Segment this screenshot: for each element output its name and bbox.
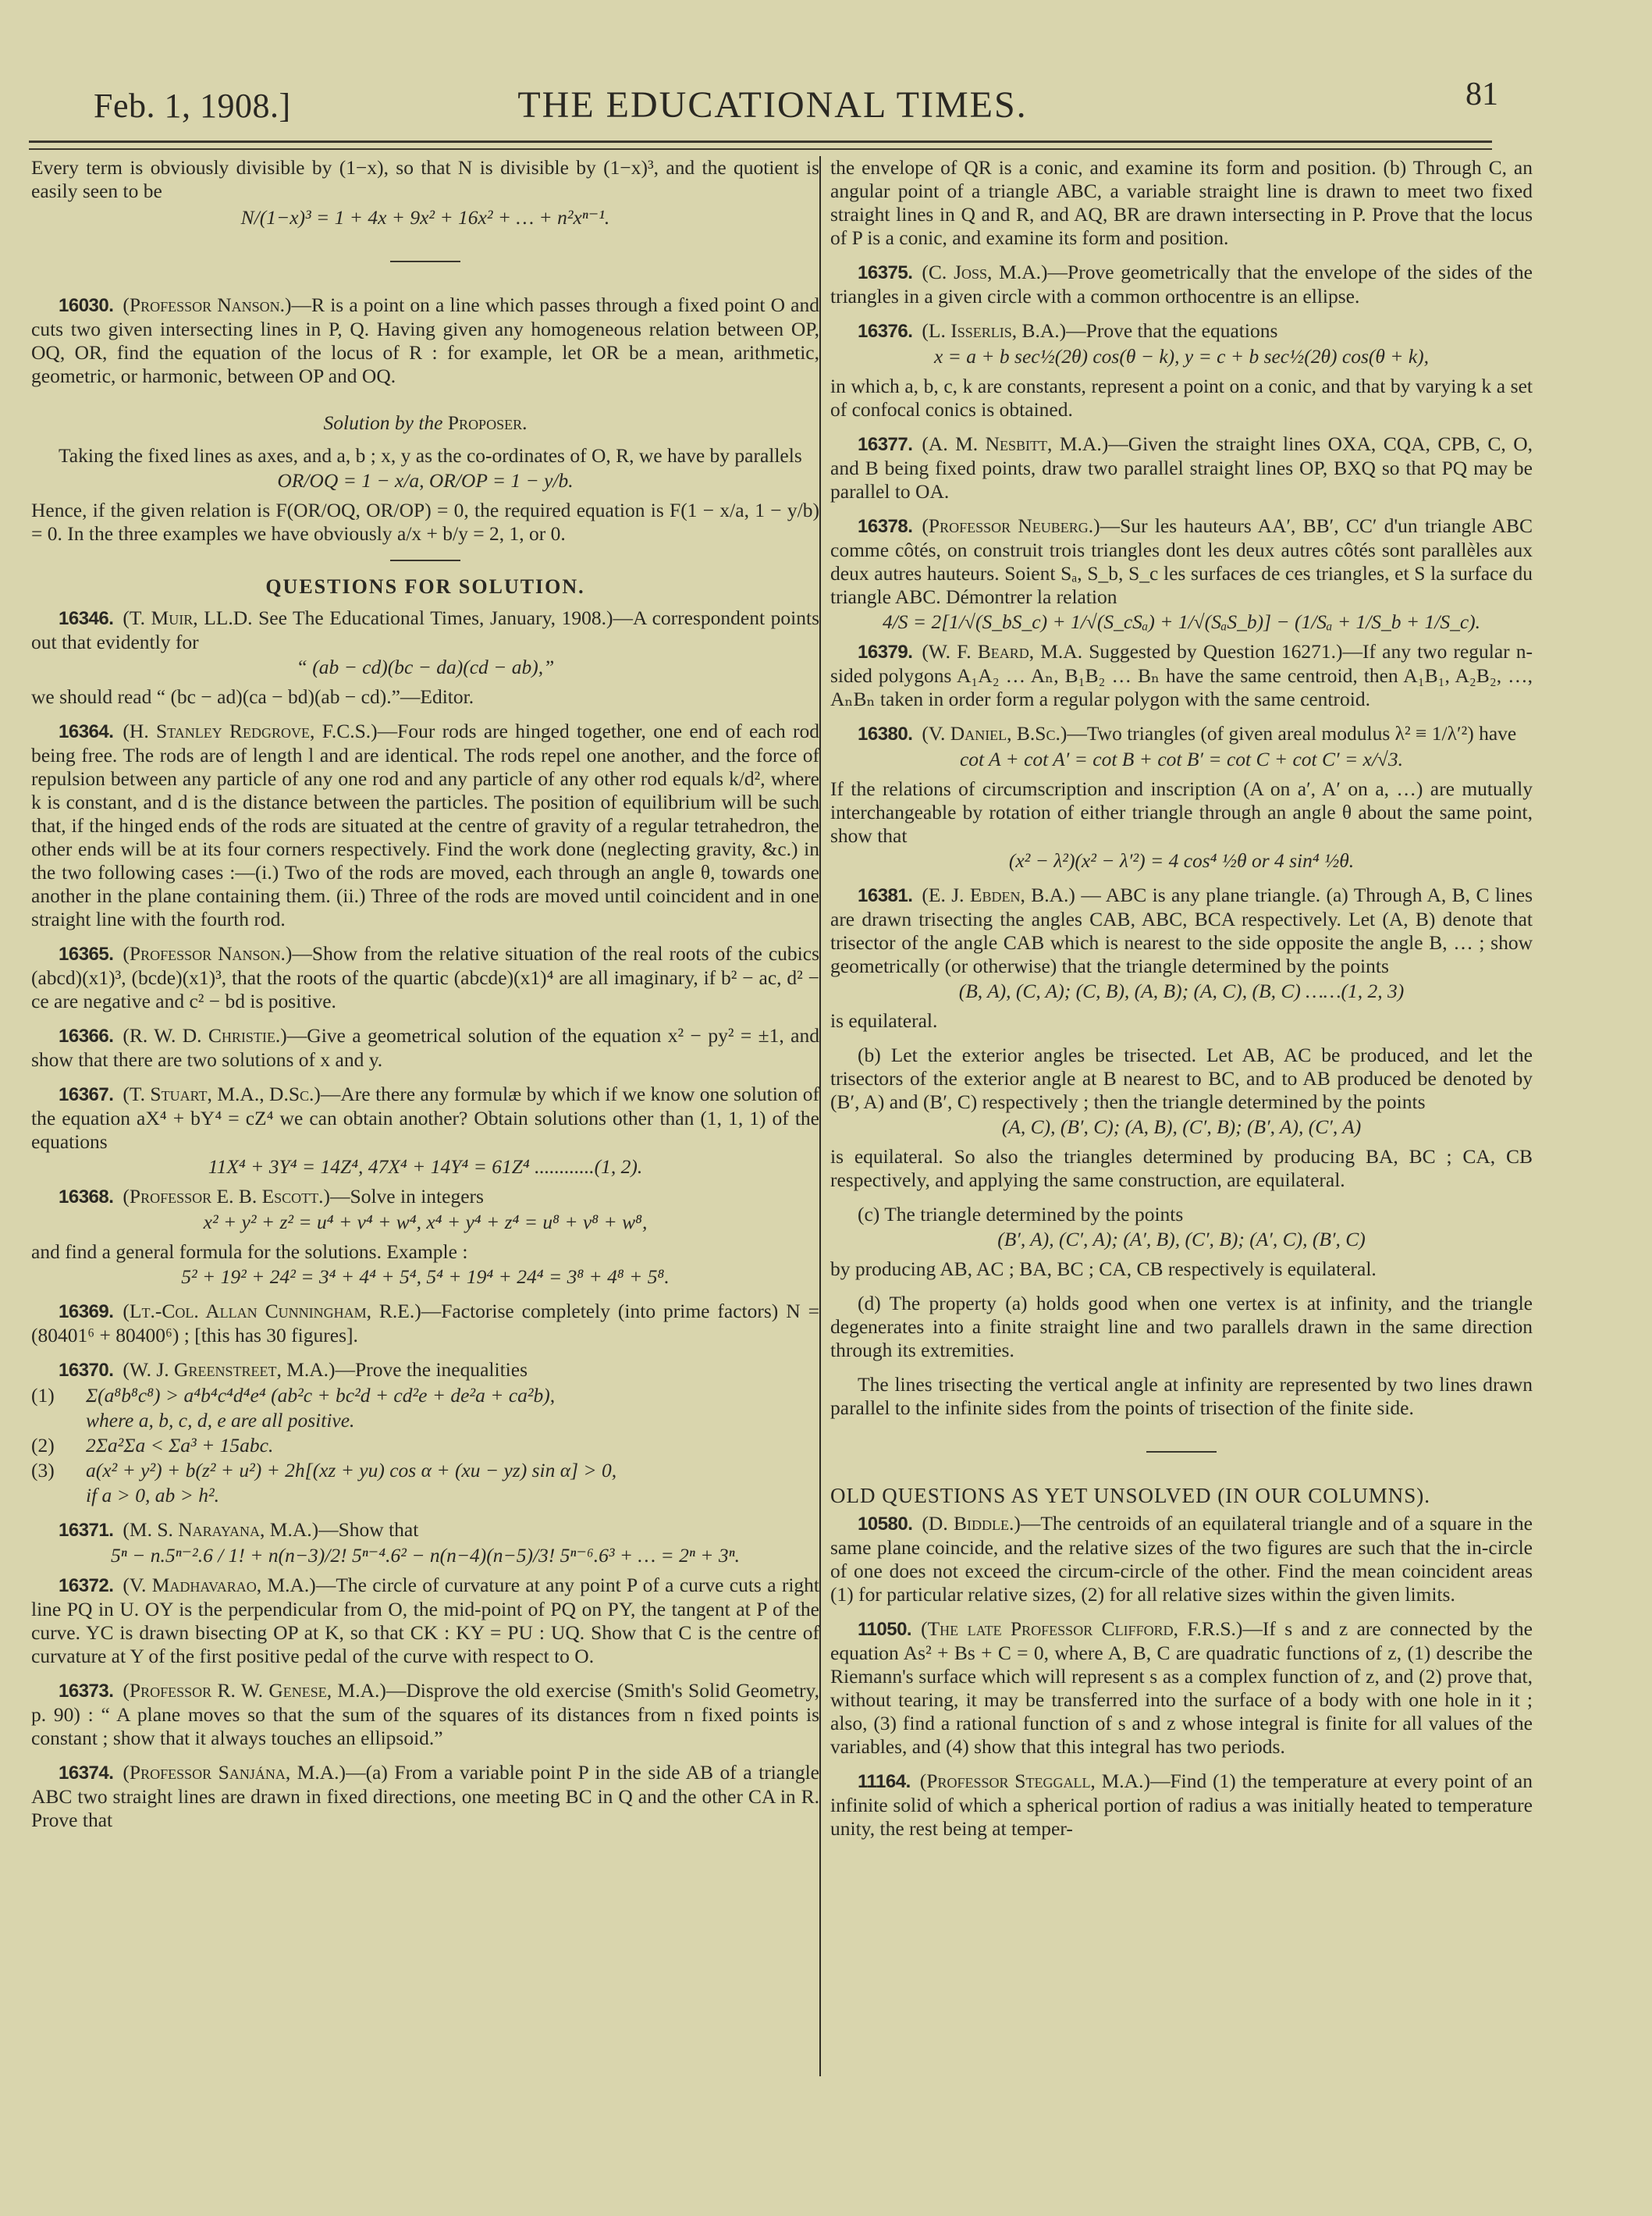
question-text: —Show that (318, 1518, 418, 1541)
question-part-b: (b) Let the exterior angles be trisected… (830, 1044, 1533, 1114)
question-author: (T. Muir, LL.D. (123, 606, 252, 629)
question-number: 10580. (858, 1513, 912, 1535)
question-continuation: in which a, b, c, k are constants, repre… (830, 375, 1533, 422)
left-column: Every term is obviously divisible by (1−… (31, 156, 819, 1843)
question-author: (Professor E. B. Escott.) (123, 1185, 330, 1208)
question-text: —Prove the inequalities (336, 1358, 528, 1381)
header-rule-thin (29, 148, 1492, 150)
intro-equation: N/(1−x)³ = 1 + 4x + 9x² + 16x² + … + n²x… (31, 206, 819, 229)
question-author: (V. Daniel, B.Sc.) (922, 722, 1067, 745)
question-author: (E. J. Ebden, B.A.) (922, 884, 1075, 906)
section-divider (390, 261, 460, 262)
inequality-label: (3) (31, 1459, 86, 1482)
question-16366: 16366.(R. W. D. Christie.)—Give a geomet… (31, 1024, 819, 1072)
question-list: 16346.(T. Muir, LL.D. See The Educationa… (31, 606, 819, 1832)
question-author: (H. Stanley Redgrove, F.C.S.) (123, 720, 377, 742)
question-author: (The late Professor Clifford, F.R.S.) (921, 1617, 1242, 1640)
question-number: 16369. (59, 1301, 113, 1322)
question-equation: 4/S = 2[1/√(S_bS_c) + 1/√(S_cSₐ) + 1/√(S… (830, 610, 1533, 634)
section-heading-old-questions: OLD QUESTIONS AS YET UNSOLVED (IN OUR CO… (830, 1484, 1533, 1507)
question-equation: 11X⁴ + 3Y⁴ = 14Z⁴, 47X⁴ + 14Y⁴ = 61Z⁴ ..… (31, 1155, 819, 1179)
question-16365: 16365.(Professor Nanson.)—Show from the … (31, 942, 819, 1013)
question-16375: 16375.(C. Joss, M.A.)—Prove geometricall… (830, 261, 1533, 308)
question-author: (Professor Sanjána, M.A.) (123, 1761, 346, 1784)
question-number: 16346. (59, 608, 113, 629)
question-16370: 16370.(W. J. Greenstreet, M.A.)—Prove th… (31, 1358, 819, 1382)
inequality-formula: 2Σa²Σa < Σa³ + 15abc. (86, 1434, 273, 1457)
question-number: 16381. (858, 885, 912, 906)
question-16030: 16030.(Professor Nanson.)—R is a point o… (31, 293, 819, 388)
question-continuation: If the relations of circumscription and … (830, 777, 1533, 848)
question-16376: 16376.(L. Isserlis, B.A.)—Prove that the… (830, 319, 1533, 343)
solution-equation: OR/OQ = 1 − x/a, OR/OP = 1 − y/b. (31, 469, 819, 493)
question-number: 16376. (858, 321, 912, 342)
question-number: 11164. (858, 1771, 911, 1792)
question-author: (C. Joss, M.A.) (922, 261, 1047, 283)
inequality-item: if a > 0, ab > h². (31, 1484, 819, 1507)
section-divider (390, 560, 460, 561)
question-number: 16368. (59, 1186, 113, 1208)
solution-paragraph-2: Hence, if the given relation is F(OR/OQ,… (31, 499, 819, 546)
question-16378: 16378.(Professor Neuberg.)—Sur les haute… (830, 514, 1533, 609)
question-16381: 16381.(E. J. Ebden, B.A.) — ABC is any p… (830, 884, 1533, 978)
question-author: (A. M. Nesbitt, M.A.) (922, 432, 1108, 455)
question-number: 16365. (59, 944, 113, 965)
solution-paragraph-1: Taking the fixed lines as axes, and a, b… (31, 444, 819, 468)
question-author: (Professor Nanson.) (123, 293, 291, 316)
intro-text: Every term is obviously divisible by (1−… (31, 156, 819, 203)
question-11050: 11050.(The late Professor Clifford, F.R.… (830, 1617, 1533, 1759)
question-number: 16030. (59, 295, 113, 316)
question-number: 16375. (858, 262, 912, 283)
inequality-item: (1)Σ(a⁸b⁸c⁸) > a⁴b⁴c⁴d⁴e⁴ (ab²c + bc²d +… (31, 1384, 819, 1407)
question-16368: 16368.(Professor E. B. Escott.)—Solve in… (31, 1185, 819, 1209)
question-author: (L. Isserlis, B.A.) (922, 319, 1066, 342)
question-16346: 16346.(T. Muir, LL.D. See The Educationa… (31, 606, 819, 654)
question-continuation: and find a general formula for the solut… (31, 1240, 819, 1264)
question-16372: 16372.(V. Madhavarao, M.A.)—The circle o… (31, 1574, 819, 1668)
question-number: 16377. (858, 434, 912, 455)
question-part-b-continuation: is equilateral. So also the triangles de… (830, 1145, 1533, 1192)
question-16367: 16367.(T. Stuart, M.A., D.Sc.)—Are there… (31, 1083, 819, 1154)
question-equation-2: (x² − λ²)(x² − λ′²) = 4 cos⁴ ½θ or 4 sin… (830, 849, 1533, 873)
question-text: —Prove that the equations (1066, 319, 1277, 342)
question-number: 16379. (858, 642, 912, 663)
question-author: (Lt.-Col. Allan Cunningham, R.E.) (123, 1300, 421, 1322)
question-16377: 16377.(A. M. Nesbitt, M.A.)—Given the st… (830, 432, 1533, 503)
question-list: 16375.(C. Joss, M.A.)—Prove geometricall… (830, 261, 1533, 1420)
question-16364: 16364.(H. Stanley Redgrove, F.C.S.)—Four… (31, 720, 819, 931)
question-author: (M. S. Narayana, M.A.) (123, 1518, 318, 1541)
question-part-c: (c) The triangle determined by the point… (830, 1203, 1533, 1226)
question-equation-2: 5² + 19² + 24² = 3⁴ + 4⁴ + 5⁴, 5⁴ + 19⁴ … (31, 1265, 819, 1289)
question-16371: 16371.(M. S. Narayana, M.A.)—Show that (31, 1518, 819, 1542)
question-author: (Professor Nanson.) (123, 942, 292, 965)
question-author: (R. W. D. Christie.) (123, 1024, 286, 1047)
question-number: 16367. (59, 1084, 113, 1105)
question-text: —Solve in integers (330, 1185, 484, 1208)
question-part-c-continuation: by producing AB, AC ; BA, BC ; CA, CB re… (830, 1257, 1533, 1281)
question-part-c-equation: (B′, A), (C′, A); (A′, B), (C′, B); (A′,… (830, 1228, 1533, 1251)
question-10580: 10580.(D. Biddle.)—The centroids of an e… (830, 1512, 1533, 1606)
question-author: (W. F. Beard, M.A. (922, 640, 1082, 663)
question-equation: x = a + b sec½(2θ) cos(θ − k), y = c + b… (830, 345, 1533, 368)
question-author: (Professor R. W. Genese, M.A.) (123, 1679, 385, 1702)
question-continuation: is equilateral. (830, 1009, 1533, 1033)
question-text: —Four rods are hinged together, one end … (31, 720, 819, 930)
question-equation: cot A + cot A′ = cot B + cot B′ = cot C … (830, 748, 1533, 771)
document-page: Feb. 1, 1908.] THE EDUCATIONAL TIMES. 81… (0, 0, 1652, 2216)
question-16379: 16379.(W. F. Beard, M.A. Suggested by Qu… (830, 640, 1533, 711)
inequality-item: where a, b, c, d, e are all positive. (31, 1409, 819, 1432)
question-number: 16372. (59, 1575, 113, 1596)
question-part-b-equation: (A, C), (B′, C); (A, B), (C′, B); (B′, A… (830, 1115, 1533, 1139)
page-number: 81 (1465, 76, 1498, 113)
question-number: 16371. (59, 1520, 113, 1541)
solution-heading-italic: Solution by the (324, 411, 443, 434)
question-author: (T. Stuart, M.A., D.Sc.) (123, 1083, 320, 1105)
question-part-d: (d) The property (a) holds good when one… (830, 1292, 1533, 1362)
question-continuation: we should read “ (bc − ad)(ca − bd)(ab −… (31, 685, 819, 709)
question-16373: 16373.(Professor R. W. Genese, M.A.)—Dis… (31, 1679, 819, 1750)
question-number: 16370. (59, 1360, 113, 1381)
question-equation: x² + y² + z² = u⁴ + v⁴ + w⁴, x⁴ + y⁴ + z… (31, 1211, 819, 1234)
question-number: 16366. (59, 1026, 113, 1047)
inequality-label: (1) (31, 1384, 86, 1407)
question-author: (W. J. Greenstreet, M.A.) (123, 1358, 335, 1381)
question-number: 16364. (59, 721, 113, 742)
question-16374: 16374.(Professor Sanjána, M.A.)—(a) From… (31, 1761, 819, 1832)
question-part-d-note: The lines trisecting the vertical angle … (830, 1373, 1533, 1420)
right-column: the envelope of QR is a conic, and exami… (819, 156, 1533, 2076)
inequality-formula: if a > 0, ab > h². (86, 1484, 219, 1506)
journal-title: THE EDUCATIONAL TIMES. (47, 84, 1498, 126)
header-rule (29, 141, 1492, 143)
inequality-label: (2) (31, 1434, 86, 1457)
continuation-text: the envelope of QR is a conic, and exami… (830, 156, 1533, 250)
question-author: (Professor Steggall, M.A.) (920, 1770, 1150, 1792)
question-text: —Two triangles (of given areal modulus λ… (1067, 722, 1516, 745)
inequality-formula: a(x² + y²) + b(z² + u²) + 2h[(xz + yu) c… (86, 1459, 616, 1481)
question-number: 16380. (858, 724, 912, 745)
question-equation: “ (ab − cd)(bc − da)(cd − ab),” (31, 656, 819, 679)
solution-heading: Solution by the Proposer. (31, 411, 819, 435)
question-number: 16378. (858, 516, 912, 537)
question-number: 16373. (59, 1681, 113, 1702)
question-author: (Professor Neuberg.) (922, 514, 1100, 537)
question-number: 11050. (858, 1619, 911, 1640)
section-heading-questions: QUESTIONS FOR SOLUTION. (31, 575, 819, 599)
inequality-item: (3)a(x² + y²) + b(z² + u²) + 2h[(xz + yu… (31, 1459, 819, 1482)
solution-heading-proposer: Proposer. (448, 411, 528, 434)
old-question-list: 10580.(D. Biddle.)—The centroids of an e… (830, 1512, 1533, 1841)
question-author: (V. Madhavarao, M.A.) (123, 1574, 315, 1596)
inequality-item: (2)2Σa²Σa < Σa³ + 15abc. (31, 1434, 819, 1457)
page-header: Feb. 1, 1908.] THE EDUCATIONAL TIMES. 81 (47, 74, 1498, 137)
section-divider (1146, 1451, 1217, 1453)
question-16380: 16380.(V. Daniel, B.Sc.)—Two triangles (… (830, 722, 1533, 746)
question-16369: 16369.(Lt.-Col. Allan Cunningham, R.E.)—… (31, 1300, 819, 1347)
question-author: (D. Biddle.) (922, 1512, 1020, 1535)
question-equation: 5ⁿ − n.5ⁿ⁻².6 / 1! + n(n−3)/2! 5ⁿ⁻⁴.6² −… (31, 1544, 819, 1567)
question-equation: (B, A), (C, A); (C, B), (A, B); (A, C), … (830, 980, 1533, 1003)
question-11164: 11164.(Professor Steggall, M.A.)—Find (1… (830, 1770, 1533, 1841)
inequality-formula: Σ(a⁸b⁸c⁸) > a⁴b⁴c⁴d⁴e⁴ (ab²c + bc²d + cd… (86, 1384, 555, 1407)
question-number: 16374. (59, 1762, 113, 1784)
inequality-formula: where a, b, c, d, e are all positive. (86, 1409, 354, 1432)
